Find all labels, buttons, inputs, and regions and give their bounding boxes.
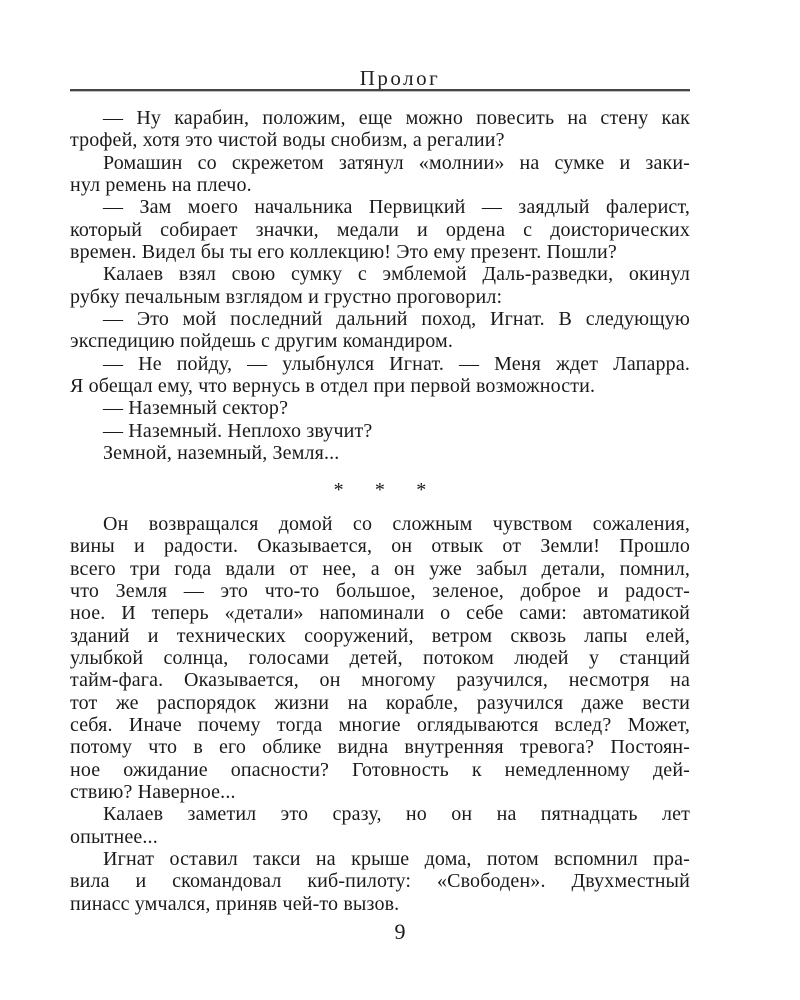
text-line: трофей, хотя это чистой воды снобизм, а … xyxy=(70,129,690,151)
text-line: — Наземный. Неплохо звучит? xyxy=(70,420,690,442)
text-line: пинасс умчался, приняв чей-то вызов. xyxy=(70,893,690,915)
paragraph: — Зам моего начальника Первицкий — заядл… xyxy=(70,196,690,263)
text-line: — Зам моего начальника Первицкий — заядл… xyxy=(70,196,690,218)
paragraph: Калаев заметил это сразу, но он на пятна… xyxy=(70,803,690,848)
paragraph: — Не пойду, — улыбнулся Игнат. — Меня жд… xyxy=(70,353,690,398)
text-line: Он возвращался домой со сложным чувством… xyxy=(70,513,690,535)
text-line: потому что в его облике видна внутренняя… xyxy=(70,736,690,758)
text-line: Калаев заметил это сразу, но он на пятна… xyxy=(70,803,690,825)
text-line: который собирает значки, медали и ордена… xyxy=(70,219,690,241)
text-line: нул ремень на плечо. xyxy=(70,174,690,196)
text-line: ное. И теперь «детали» напоминали о себе… xyxy=(70,602,690,624)
text-line: — Ну карабин, положим, еще можно повесит… xyxy=(70,107,690,129)
text-line: — Наземный сектор? xyxy=(70,397,690,419)
book-page: Пролог — Ну карабин, положим, еще можно … xyxy=(0,0,800,1000)
text-line: Я обещал ему, что вернусь в отдел при пе… xyxy=(70,375,690,397)
text-line: тайм-фага. Оказывается, он многому разуч… xyxy=(70,669,690,691)
text-line: Ромашин со скрежетом затянул «молнии» на… xyxy=(70,152,690,174)
paragraph: Земной, наземный, Земля... xyxy=(70,442,690,464)
text-line: рубку печальным взглядом и грустно прого… xyxy=(70,286,690,308)
paragraph: Калаев взял свою сумку с эмблемой Даль-р… xyxy=(70,263,690,308)
paragraph: Он возвращался домой со сложным чувством… xyxy=(70,513,690,803)
text-line: — Это мой последний дальний поход, Игнат… xyxy=(70,308,690,330)
paragraph: Ромашин со скрежетом затянул «молнии» на… xyxy=(70,152,690,197)
page-number: 9 xyxy=(0,919,800,945)
text-line: зданий и технических сооружений, ветром … xyxy=(70,625,690,647)
text-line: времен. Видел бы ты его коллекцию! Это е… xyxy=(70,241,690,263)
text-line: вила и скомандовал киб-пилоту: «Свободен… xyxy=(70,870,690,892)
paragraph: — Ну карабин, положим, еще можно повесит… xyxy=(70,107,690,152)
text-line: себя. Иначе почему тогда многие оглядыва… xyxy=(70,714,690,736)
page-body: — Ну карабин, положим, еще можно повесит… xyxy=(70,107,690,915)
text-line: Земной, наземный, Земля... xyxy=(70,442,690,464)
text-line: что Земля — это что-то большое, зеленое,… xyxy=(70,580,690,602)
text-line: Калаев взял свою сумку с эмблемой Даль-р… xyxy=(70,263,690,285)
text-line: ное ожидание опасности? Готовность к нем… xyxy=(70,759,690,781)
text-line: опытнее... xyxy=(70,826,690,848)
paragraph: — Это мой последний дальний поход, Игнат… xyxy=(70,308,690,353)
paragraph: Игнат оставил такси на крыше дома, потом… xyxy=(70,848,690,915)
text-line: Игнат оставил такси на крыше дома, потом… xyxy=(70,848,690,870)
text-line: экспедицию пойдешь с другим командиром. xyxy=(70,330,690,352)
section-separator: * * * xyxy=(70,479,690,501)
text-line: — Не пойду, — улыбнулся Игнат. — Меня жд… xyxy=(70,353,690,375)
page-header-title: Пролог xyxy=(0,66,800,91)
paragraph: — Наземный сектор? xyxy=(70,397,690,419)
text-line: ствию? Наверное... xyxy=(70,781,690,803)
header-rule xyxy=(70,89,690,91)
text-line: тот же распорядок жизни на корабле, разу… xyxy=(70,692,690,714)
paragraph: — Наземный. Неплохо звучит? xyxy=(70,420,690,442)
text-line: всего три года вдали от нее, а он уже за… xyxy=(70,558,690,580)
text-line: улыбкой солнца, голосами детей, потоком … xyxy=(70,647,690,669)
text-line: вины и радости. Оказывается, он отвык от… xyxy=(70,535,690,557)
